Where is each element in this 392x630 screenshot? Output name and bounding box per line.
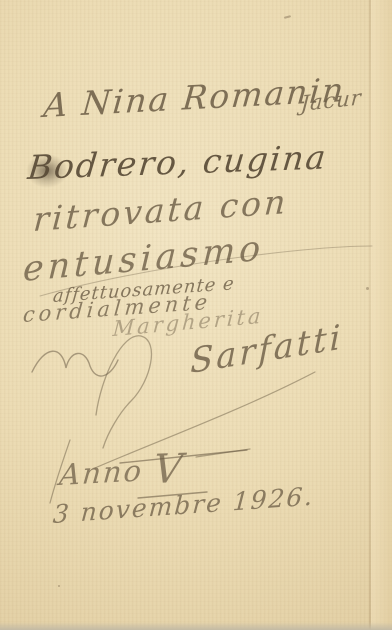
era-label: Anno bbox=[58, 453, 145, 492]
manuscript-page: A Nina Romanin Jacur Bodrero, cugina rit… bbox=[0, 0, 392, 630]
numeral-overline-2 bbox=[196, 449, 250, 457]
era-numeral: V bbox=[152, 446, 184, 493]
signature-loop bbox=[96, 336, 151, 448]
signature-scrawl bbox=[32, 351, 118, 376]
